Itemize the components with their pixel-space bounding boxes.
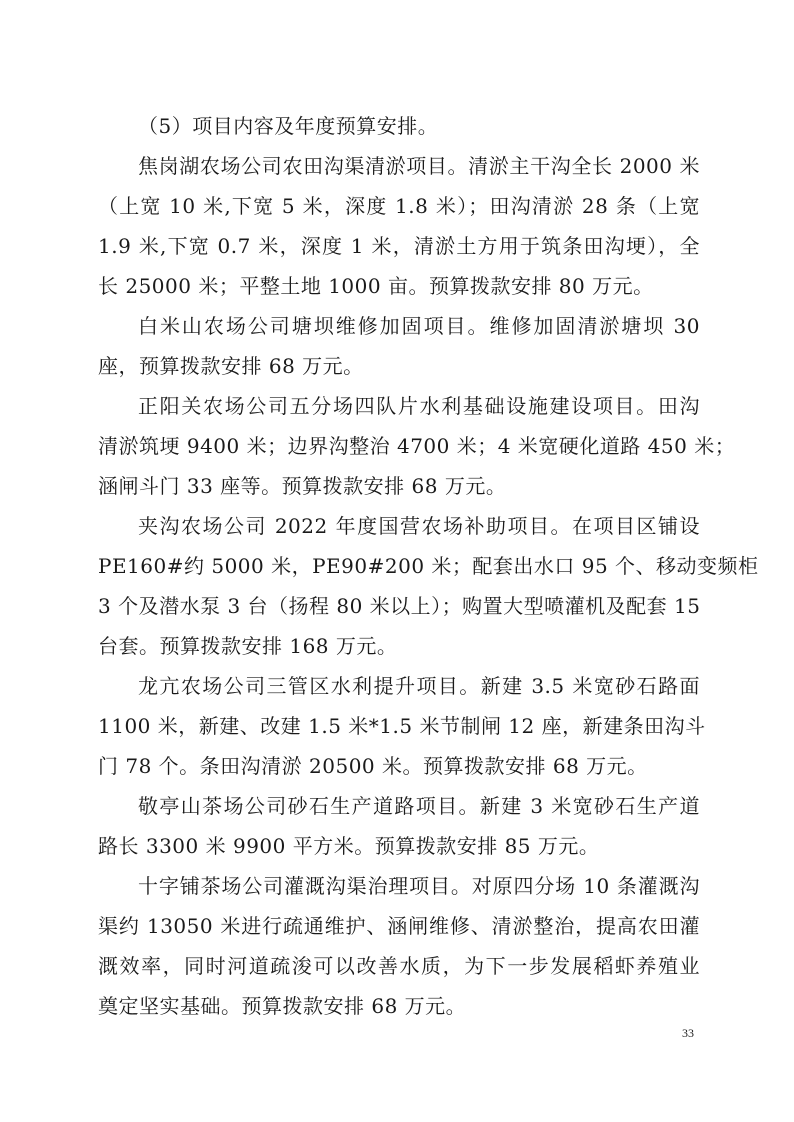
section-heading: （5）项目内容及年度预算安排。 [98, 106, 700, 146]
text-line: 座，预算拨款安排 68 万元。 [98, 346, 700, 386]
text-line: 焦岗湖农场公司农田沟渠清淤项目。清淤主干沟全长 2000 米 [98, 146, 700, 186]
text-line: 渠约 13050 米进行疏通维护、涵闸维修、清淤整治，提高农田灌 [98, 906, 700, 946]
text-line: 3 个及潜水泵 3 台（扬程 80 米以上）；购置大型喷灌机及配套 15 [98, 586, 700, 626]
paragraph-zhengyangguan-project: 正阳关农场公司五分场四队片水利基础设施建设项目。田沟 清淤筑埂 9400 米；边… [98, 386, 700, 506]
document-page: （5）项目内容及年度预算安排。 焦岗湖农场公司农田沟渠清淤项目。清淤主干沟全长 … [0, 0, 794, 1122]
text-line: 清淤筑埂 9400 米；边界沟整治 4700 米；4 米宽硬化道路 450 米； [98, 426, 700, 466]
text-line: （上宽 10 米,下宽 5 米，深度 1.8 米）；田沟清淤 28 条（上宽 [98, 186, 700, 226]
text-line: 门 78 个。条田沟清淤 20500 米。预算拨款安排 68 万元。 [98, 746, 700, 786]
text-line: 台套。预算拨款安排 168 万元。 [98, 626, 700, 666]
paragraph-jiagou-project: 夹沟农场公司 2022 年度国营农场补助项目。在项目区铺设 PE160#约 50… [98, 506, 700, 666]
text-line: 奠定坚实基础。预算拨款安排 68 万元。 [98, 986, 700, 1026]
text-line: 正阳关农场公司五分场四队片水利基础设施建设项目。田沟 [98, 386, 700, 426]
section-heading-paragraph: （5）项目内容及年度预算安排。 [98, 106, 700, 146]
text-line: PE160#约 5000 米，PE90#200 米；配套出水口 95 个、移动变… [98, 546, 700, 586]
text-line: 白米山农场公司塘坝维修加固项目。维修加固清淤塘坝 30 [98, 306, 700, 346]
paragraph-jingtingshan-project: 敬亭山茶场公司砂石生产道路项目。新建 3 米宽砂石生产道 路长 3300 米 9… [98, 786, 700, 866]
text-line: 路长 3300 米 9900 平方米。预算拨款安排 85 万元。 [98, 826, 700, 866]
text-line: 长 25000 米；平整土地 1000 亩。预算拨款安排 80 万元。 [98, 266, 700, 306]
paragraph-longkang-project: 龙亢农场公司三管区水利提升项目。新建 3.5 米宽砂石路面 1100 米，新建、… [98, 666, 700, 786]
text-line: 1.9 米,下宽 0.7 米，深度 1 米，清淤土方用于筑条田沟埂），全 [98, 226, 700, 266]
text-line: 十字铺茶场公司灌溉沟渠治理项目。对原四分场 10 条灌溉沟 [98, 866, 700, 906]
paragraph-shizipu-project: 十字铺茶场公司灌溉沟渠治理项目。对原四分场 10 条灌溉沟 渠约 13050 米… [98, 866, 700, 1026]
text-line: 1100 米，新建、改建 1.5 米*1.5 米节制闸 12 座，新建条田沟斗 [98, 706, 700, 746]
page-body: （5）项目内容及年度预算安排。 焦岗湖农场公司农田沟渠清淤项目。清淤主干沟全长 … [98, 106, 700, 1026]
text-line: 敬亭山茶场公司砂石生产道路项目。新建 3 米宽砂石生产道 [98, 786, 700, 826]
text-line: 溉效率，同时河道疏浚可以改善水质，为下一步发展稻虾养殖业 [98, 946, 700, 986]
text-line: 夹沟农场公司 2022 年度国营农场补助项目。在项目区铺设 [98, 506, 700, 546]
page-number: 33 [682, 1026, 694, 1041]
text-line: 龙亢农场公司三管区水利提升项目。新建 3.5 米宽砂石路面 [98, 666, 700, 706]
paragraph-baimishan-project: 白米山农场公司塘坝维修加固项目。维修加固清淤塘坝 30 座，预算拨款安排 68 … [98, 306, 700, 386]
text-line: 涵闸斗门 33 座等。预算拨款安排 68 万元。 [98, 466, 700, 506]
paragraph-jiaoganghu-project: 焦岗湖农场公司农田沟渠清淤项目。清淤主干沟全长 2000 米 （上宽 10 米,… [98, 146, 700, 306]
